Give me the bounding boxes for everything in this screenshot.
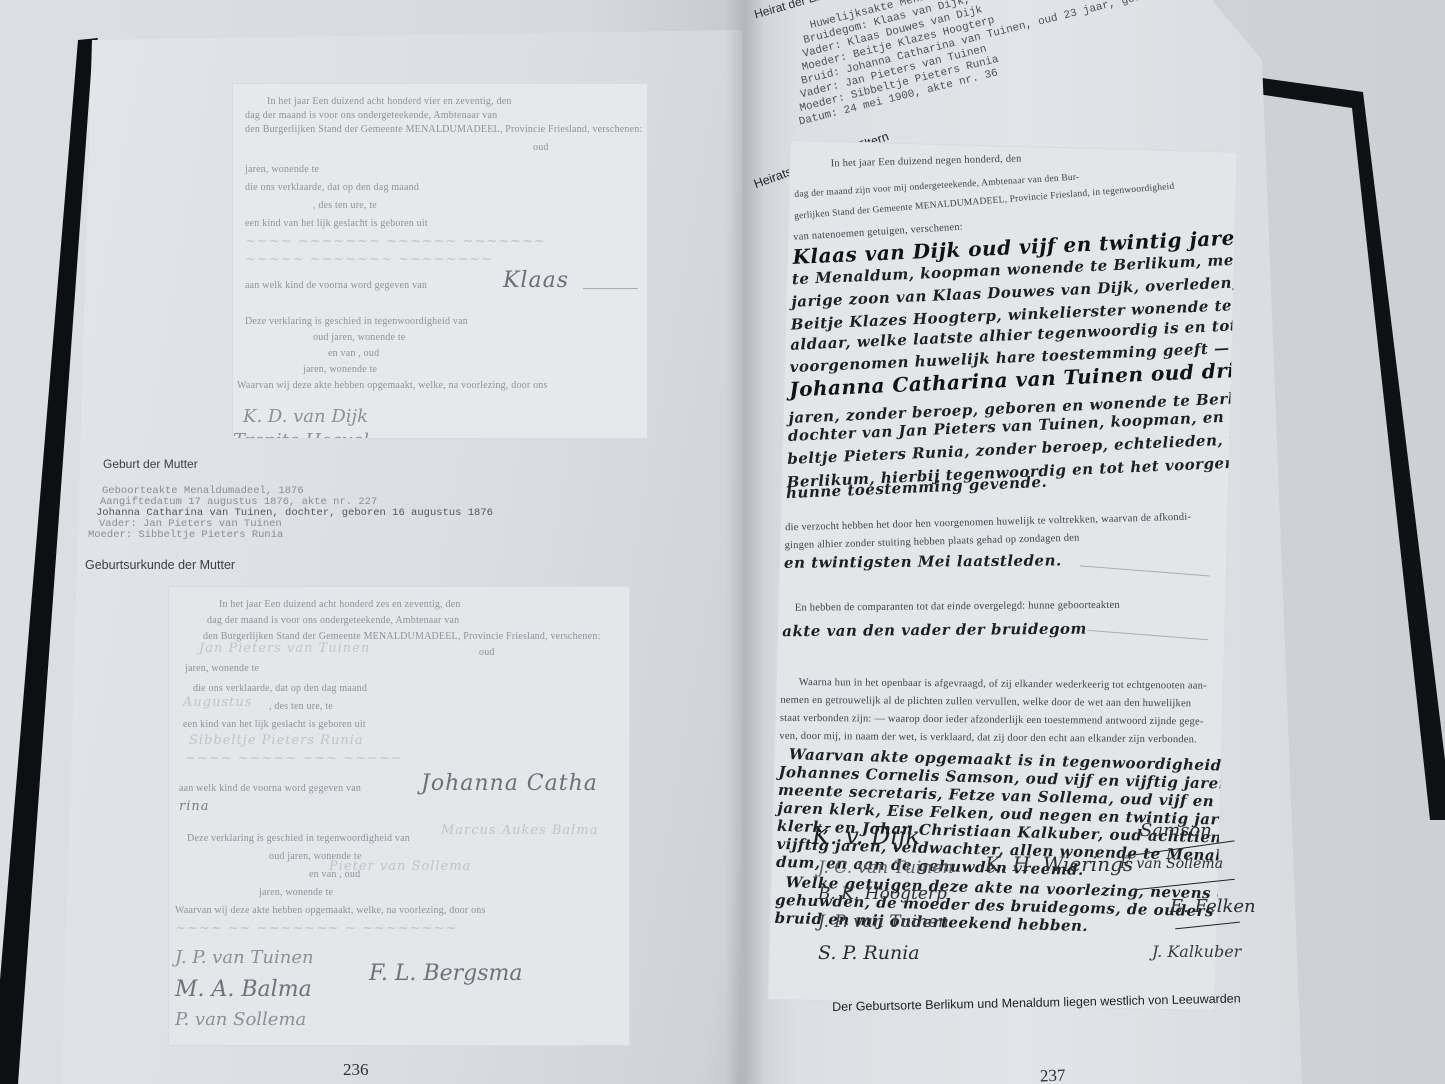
handwritten-month: Augustus xyxy=(183,695,252,710)
scan-line: oud xyxy=(533,142,637,153)
handwritten-mother-name: Sibbeltje Pieters Runia xyxy=(189,733,364,748)
scan-line: een kind van het lijk geslacht is gebore… xyxy=(183,719,619,730)
signature: K. D. van Dijk xyxy=(243,406,368,427)
scan-line: Waarvan wij deze akte hebben opgemaakt, … xyxy=(175,905,619,916)
signature: P. van Sollema xyxy=(175,1009,306,1030)
record-line: Moeder: Sibbeltje Pieters Runia xyxy=(88,530,493,541)
scan-line: die ons verklaarde, dat op den dag maand xyxy=(245,182,637,193)
scan-line: oud xyxy=(479,647,619,658)
book-gutter xyxy=(725,0,765,1084)
scan-line: die ons verklaarde, dat op den dag maand xyxy=(193,683,619,694)
handwritten-line: akte van den vader der bruidegom xyxy=(782,620,1087,641)
signature: J. P. van Tuinen xyxy=(175,947,314,968)
scan-line: En hebben de comparanten tot dat einde o… xyxy=(795,599,1215,614)
scan-line: en van , oud xyxy=(328,348,637,359)
handwritten-witness: Marcus Aukes Balma xyxy=(441,823,598,838)
signature: B. K. Hoogterp xyxy=(818,884,947,904)
scan-line: Deze verklaring is geschied in tegenwoor… xyxy=(245,316,637,327)
scan-birth-certificate-mother: In het jaar Een duizend acht honderd zes… xyxy=(168,586,630,1046)
signature: J. C. van Tuinen xyxy=(818,858,953,878)
signature: M. A. Balma xyxy=(175,977,312,1002)
scan-line: dag der maand is voor ons ondergeteekend… xyxy=(245,110,637,121)
scan-marriage-certificate: In het jaar Een duizend negen honderd, d… xyxy=(767,140,1237,1011)
signature: F. van Sollema xyxy=(1120,856,1223,872)
handwritten-line: en twintigsten Mei laatstleden. xyxy=(784,551,1062,571)
signature: E. Felken xyxy=(1170,896,1256,917)
scan-line: jaren, wonende te xyxy=(245,164,637,175)
scan-line: den Burgerlijken Stand der Gemeente MENA… xyxy=(245,124,637,135)
section-heading-birth-mother: Geburt der Mutter xyxy=(103,457,198,471)
scan-line: , des ten ure, te xyxy=(313,200,637,211)
signature: J. P. van Tuinen xyxy=(818,912,949,932)
birth-record-mother: Geboorteakte Menaldumadeel, 1876 Aangift… xyxy=(96,486,493,541)
scan-heading-birth-certificate-mother: Geburtsurkunde der Mutter xyxy=(85,558,235,572)
scan-line: In het jaar Een duizend acht honderd zes… xyxy=(219,599,619,610)
page-number-right: 237 xyxy=(1040,1066,1066,1084)
scan-line: Waarvan wij deze akte hebben opgemaakt, … xyxy=(237,380,637,391)
scan-birth-record-father: In het jaar Een duizend acht honderd vie… xyxy=(232,83,648,439)
signature: K. H. Wierings xyxy=(985,852,1133,876)
handwritten-given-name: Klaas xyxy=(503,268,569,293)
handwritten-child-name-cont: rina xyxy=(179,799,210,814)
scan-line: staat verbonden zijn: — waarop door iede… xyxy=(780,713,1212,728)
scan-line: ven, door mij, in naam der wet, is verkl… xyxy=(779,731,1211,746)
signature: J. Kalkuber xyxy=(1152,942,1241,961)
scan-line: dag der maand is voor ons ondergeteekend… xyxy=(207,615,619,626)
scan-line: een kind van het lijk geslacht is gebore… xyxy=(245,218,637,229)
signature: K. v. Dijk xyxy=(812,822,920,850)
signature: Samson xyxy=(1140,820,1212,841)
signature: S. P. Runia xyxy=(818,942,920,964)
signature: Trenite Hoevel xyxy=(233,430,369,439)
scan-line: nemen en getrouwelijk al de plichten zul… xyxy=(780,695,1212,710)
scan-line: , des ten ure, te xyxy=(269,701,619,712)
handwritten-father-name: Jan Pieters van Tuinen xyxy=(199,641,370,656)
page-number-left: 236 xyxy=(343,1060,369,1080)
scan-line: gingen alhier zonder stuiting hebben pla… xyxy=(785,529,1217,551)
scan-line: aan welk kind de voorna word gegeven van xyxy=(245,280,637,291)
handwritten-child-name: Johanna Catha xyxy=(421,771,598,796)
scan-line: oud jaren, wonende te xyxy=(313,332,637,343)
handwritten-witness: Pieter van Sollema xyxy=(329,859,471,874)
signature: F. L. Bergsma xyxy=(369,961,522,986)
scan-line: Waarna hun in het openbaar is afgevraagd… xyxy=(799,677,1213,692)
scan-line: In het jaar Een duizend acht honderd vie… xyxy=(267,96,637,107)
scan-line: jaren, wonende te xyxy=(185,663,619,674)
scan-line: jaren, wonende te xyxy=(303,364,637,375)
signature: G. J. Ter Schenkt xyxy=(443,436,595,439)
scan-line: jaren, wonende te xyxy=(259,887,619,898)
